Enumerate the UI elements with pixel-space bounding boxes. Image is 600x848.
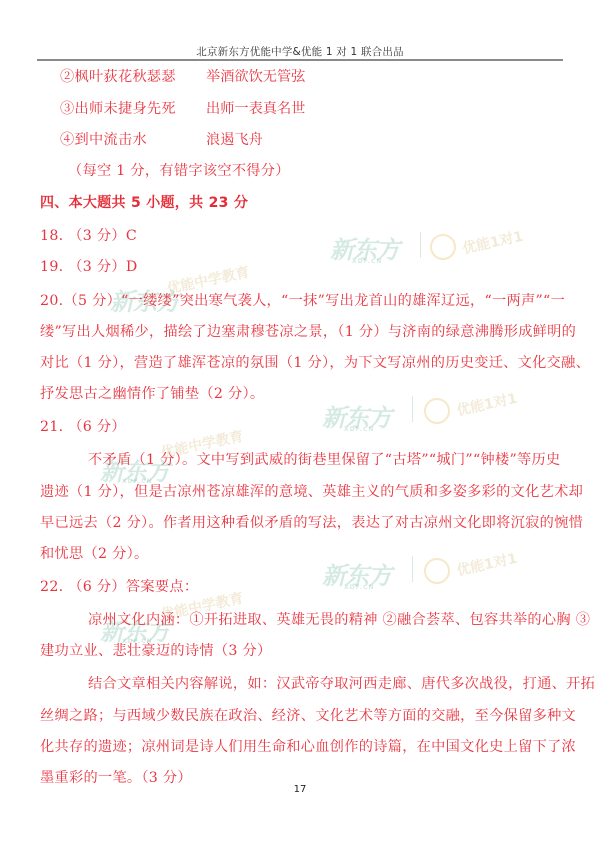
watermark-xdf-logo: 新东方: [322, 398, 391, 433]
answer-q21-heading: 21. （6 分）: [40, 416, 126, 436]
answer-q21-line: 和忧思（2 分）。: [40, 543, 148, 563]
watermark-youneng-logo: 优能1对1: [461, 226, 525, 258]
watermark-xdf-logo: 新东方: [330, 230, 399, 265]
header-divider: [37, 59, 563, 61]
answer-q19: 19. （3 分）D: [40, 256, 138, 276]
document-header-title: 北京新东方优能中学&优能 1 对 1 联合出品: [0, 44, 600, 59]
poem-line-second: 举酒欲饮无管弦: [206, 66, 305, 86]
poem-line-first: ②枫叶荻花秋瑟瑟: [60, 66, 176, 86]
watermark-xdf-logo: 新东方: [322, 556, 391, 591]
answer-q22-heading: 22. （6 分）答案要点：: [40, 576, 198, 596]
answer-q21-line: 不矛盾（1 分）。文中写到武威的街巷里保留了“古塔”“城门”“钟楼”等历史: [88, 449, 561, 469]
poem-line-first: ④到中流击水: [60, 129, 147, 149]
answer-q20-line: 抒发思古之幽情作了铺垫（2 分）。: [40, 383, 264, 403]
scoring-note: （每空 1 分，有错字该空不得分）: [68, 160, 290, 180]
watermark-youneng-emblem-icon: [430, 234, 456, 260]
answer-q22-line: 化共存的遗迹；凉州词是诗人们用生命和心血创作的诗篇，在中国文化史上留下了浓: [40, 736, 576, 756]
section-title: 四、本大题共 5 小题，共 23 分: [40, 192, 248, 212]
answer-q21-line: 遗迹（1 分），但是古凉州苍凉雄浑的意境、英雄主义的气质和多姿多彩的文化艺术却: [40, 481, 583, 501]
watermark-youneng-emblem-icon: [424, 558, 450, 584]
poem-line-second: 浪遏飞舟: [206, 129, 263, 149]
watermark-xdf-url: XDF.CN: [344, 584, 375, 591]
answer-q22-line: 丝绸之路；与西域少数民族在政治、经济、文化艺术等方面的交融，至今保留多种文: [40, 705, 576, 725]
answer-q20-line: 缕”写出人烟稀少，描绘了边塞肃穆苍凉之景，（1 分）与济南的绿意沸腾形成鲜明的: [40, 321, 576, 341]
answer-q18: 18. （3 分）C: [40, 225, 137, 245]
poem-line-second: 出师一表真名世: [206, 98, 305, 118]
watermark-separator: [412, 556, 413, 582]
watermark-separator: [420, 232, 421, 258]
answer-q22-line: 凉州文化内涵：①开拓进取、英雄无畏的精神 ②融合荟萃、包容共举的心胸 ③: [88, 609, 590, 629]
watermark-xdf-url: XDF.CN: [344, 426, 375, 433]
watermark-youneng-emblem-icon: [424, 398, 450, 424]
answer-q20-line: 20.（5 分）“一缕缕”突出寒气袭人，“一抹”写出龙首山的雄浑辽远，“一两声”…: [40, 290, 565, 310]
watermark-youneng-logo: 优能1对1: [455, 388, 519, 420]
answer-q22-line: 结合文章相关内容解说，如：汉武帝夺取河西走廊、唐代多次战役，打通、开拓: [88, 673, 595, 693]
answer-q21-line: 早已远去（2 分）。作者用这种看似矛盾的写法，表达了对古凉州文化即将沉寂的惋惜: [40, 512, 583, 532]
answer-q22-line: 建功立业、悲壮豪迈的诗情（3 分）: [40, 640, 271, 660]
answer-q20-line: 对比（1 分），营造了雄浑苍凉的氛围（1 分），为下文写凉州的历史变迁、文化交融…: [40, 352, 590, 372]
watermark-xdf-url: XDF.CN: [352, 258, 383, 265]
poem-line-first: ③出师未捷身先死: [60, 98, 176, 118]
page-number: 17: [0, 784, 600, 795]
watermark-separator: [412, 396, 413, 422]
watermark-youneng-logo: 优能1对1: [455, 548, 519, 580]
